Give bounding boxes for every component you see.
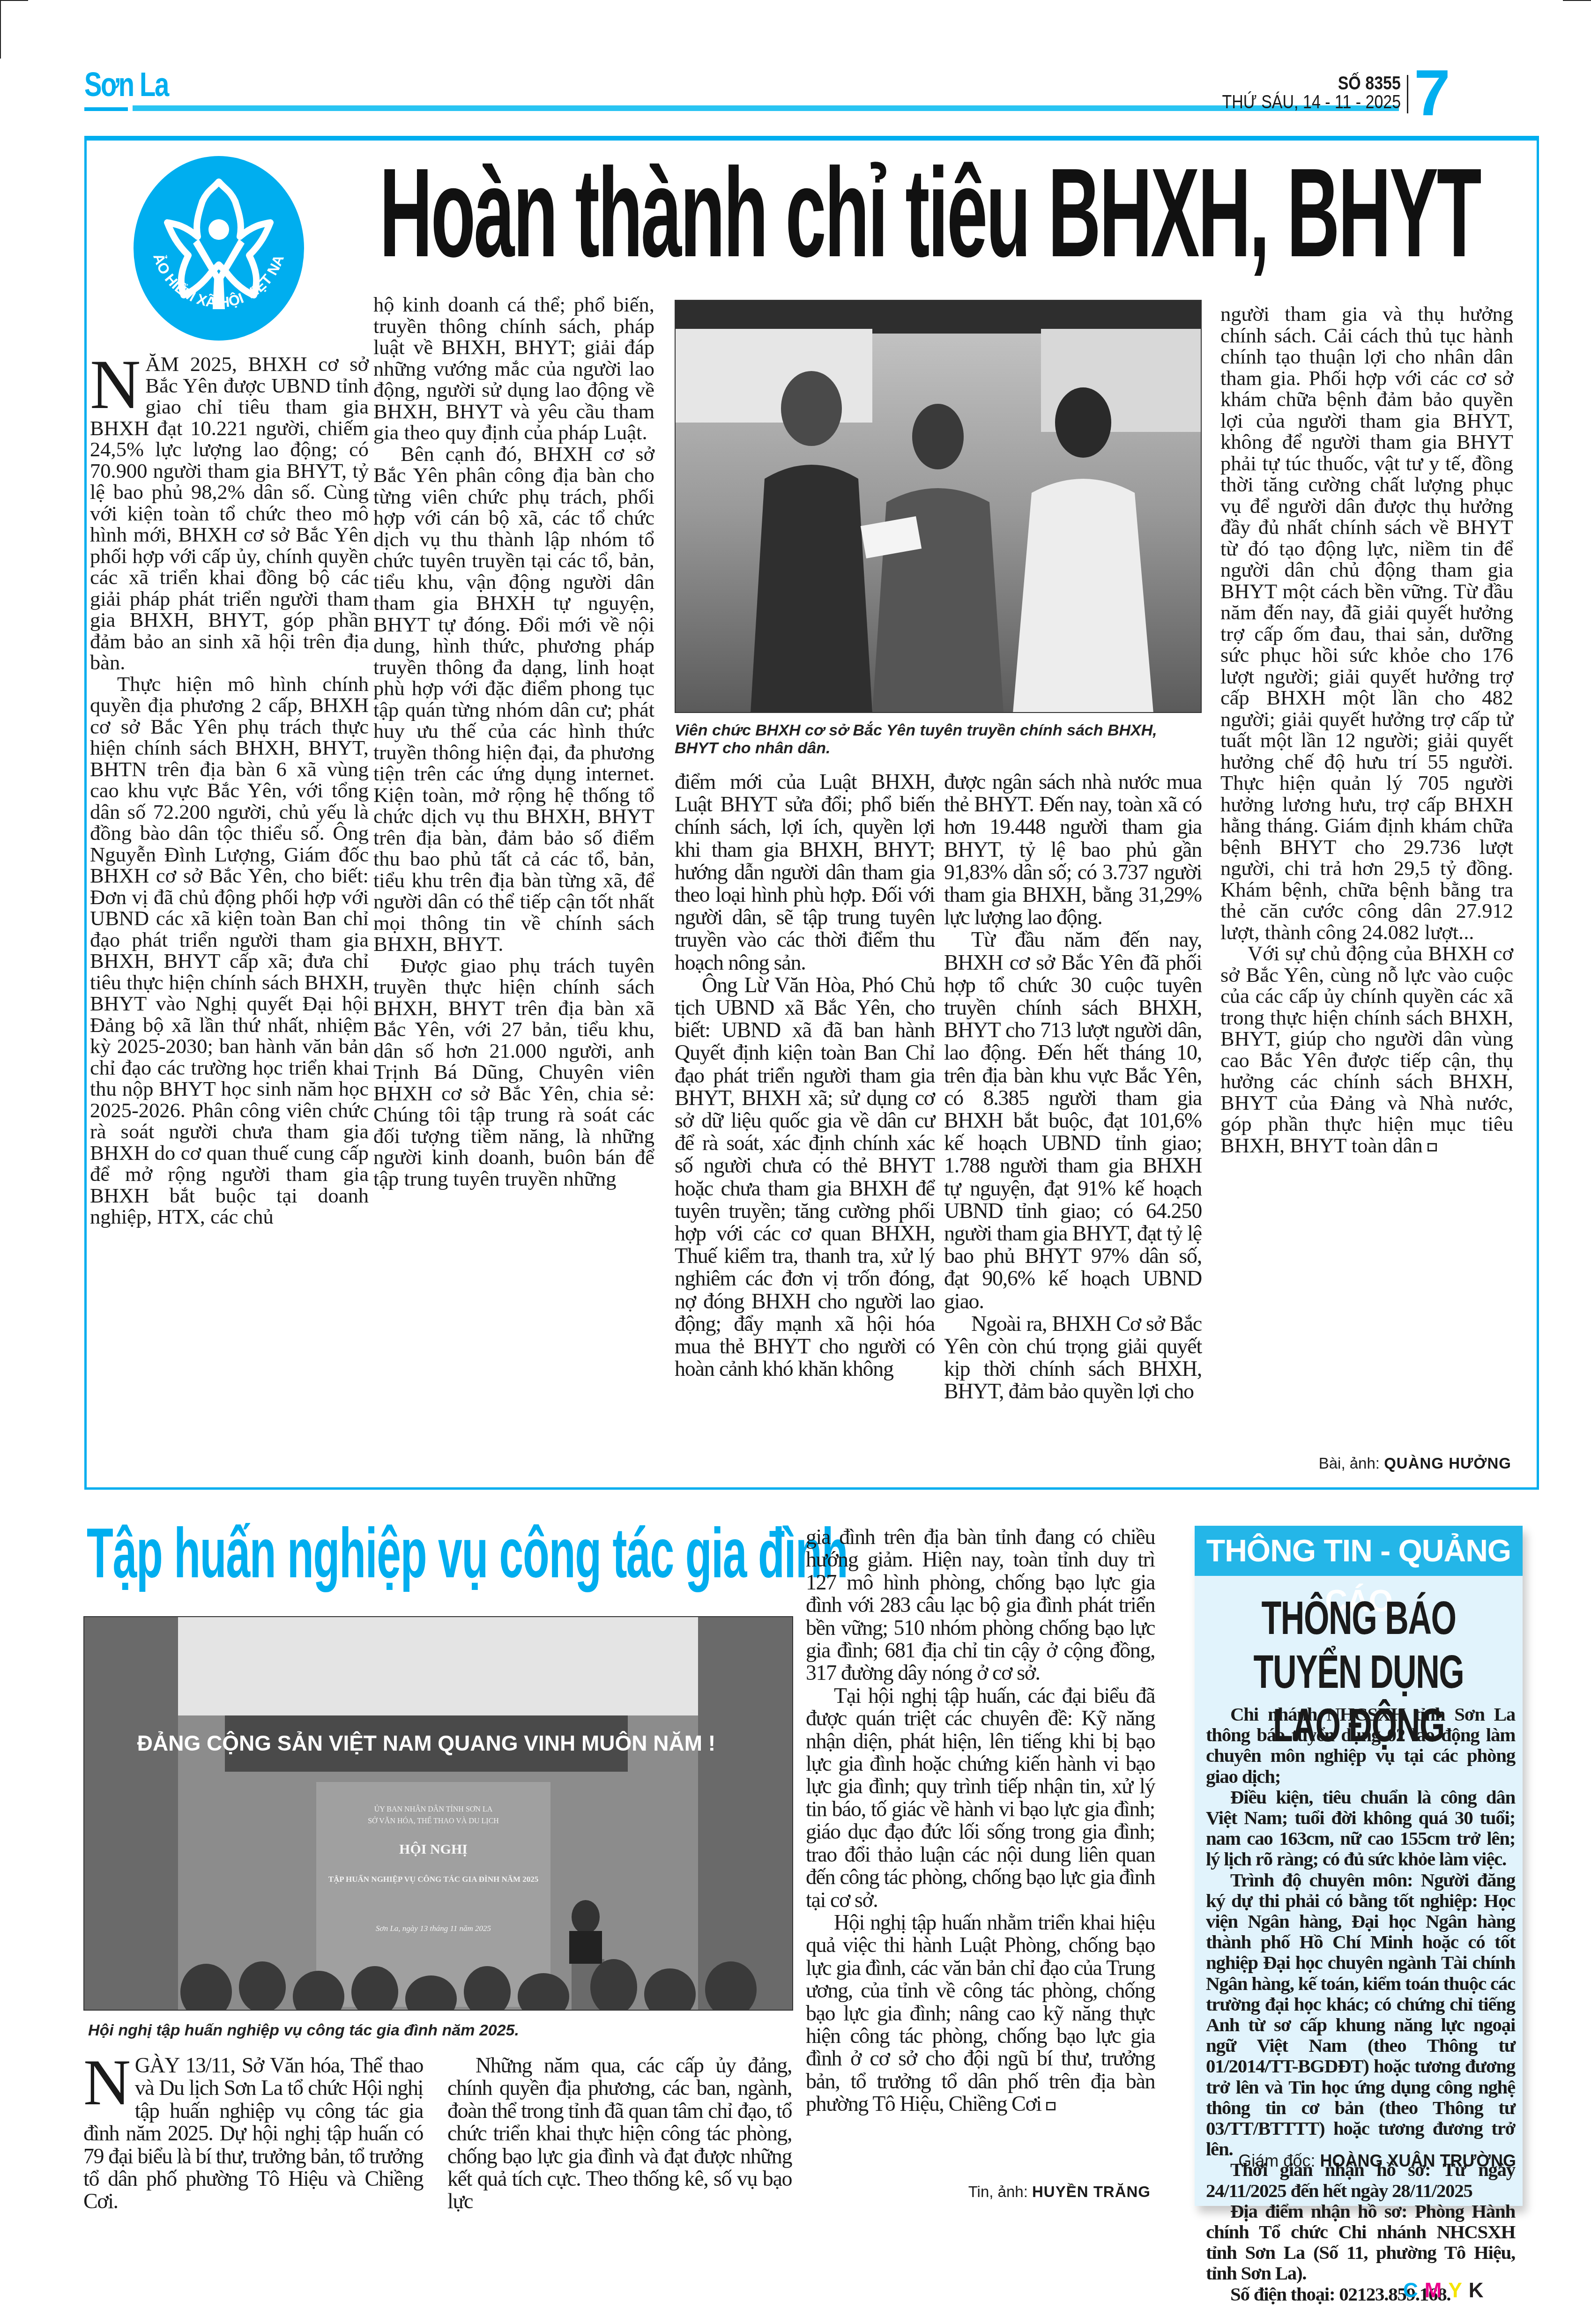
paragraph: Tại hội nghị tập huấn, các đại biểu đã đ… — [806, 1685, 1155, 1911]
paragraph: Thực hiện mô hình chính quyền địa phương… — [90, 674, 369, 1228]
screen-text: ỦY BAN NHÂN DÂN TỈNH SƠN LA — [374, 1804, 493, 1813]
screen-text: SỞ VĂN HÓA, THỂ THAO VÀ DU LỊCH — [368, 1816, 499, 1825]
crop-mark — [1563, 0, 1591, 1]
signature-label: Giám đốc: — [1238, 2151, 1315, 2170]
byline: Tin, ảnh: HUYỀN TRĂNG — [968, 2183, 1151, 2201]
masthead-rule — [133, 105, 1399, 111]
paragraph: GÀY 13/11, Sở Văn hóa, Thể thao và Du lị… — [83, 2053, 423, 2213]
article-column: gia đình trên địa bàn tỉnh đang có chiều… — [806, 1526, 1155, 2116]
article-column: Những năm qua, các cấp ủy đảng, chính qu… — [447, 2054, 792, 2213]
advert-paragraph: Địa điểm nhận hồ sơ: Phòng Hành chính Tổ… — [1206, 2201, 1515, 2284]
crop-mark — [0, 0, 28, 1]
article-column: người tham gia và thụ hưởng chính sách. … — [1220, 304, 1513, 1156]
article-title: Hoàn thành chỉ tiêu BHXH, BHYT — [379, 150, 1480, 276]
masthead-rule — [84, 107, 128, 111]
paragraph: Ngoài ra, BHXH Cơ sở Bắc Yên còn chú trọ… — [944, 1313, 1202, 1403]
paragraph: được ngân sách nhà nước mua thẻ BHYT. Đế… — [944, 771, 1202, 928]
article-column: điểm mới của Luật BHXH, Luật BHYT sửa đổ… — [675, 771, 935, 1380]
paragraph: người tham gia và thụ hưởng chính sách. … — [1220, 304, 1513, 943]
section-name: Sơn La — [84, 66, 168, 104]
advert-paragraph: Chi nhánh NHCSXH tỉnh Sơn La thông báo t… — [1206, 1704, 1515, 1787]
cmyk-k: K — [1469, 2279, 1490, 2302]
paragraph: Được giao phụ trách tuyên truyền thực hi… — [373, 955, 654, 1190]
screen-text: TẬP HUẤN NGHIỆP VỤ CÔNG TÁC GIA ĐÌNH NĂM… — [328, 1875, 539, 1884]
photo-caption: Hội nghị tập huấn nghiệp vụ công tác gia… — [88, 2021, 791, 2039]
photo-caption: Viên chức BHXH cơ sở Bắc Yên tuyên truyề… — [675, 721, 1199, 757]
cmyk-c: C — [1403, 2279, 1425, 2302]
screen-text: HỘI NGHỊ — [399, 1841, 468, 1857]
paragraph: Hội nghị tập huấn nhằm triển khai hiệu q… — [806, 1910, 1155, 2116]
crop-mark — [0, 0, 1, 59]
cmyk-marks: CMYK — [1403, 2279, 1490, 2302]
article-column: NGÀY 13/11, Sở Văn hóa, Thể thao và Du l… — [83, 2054, 423, 2213]
article-column: hộ kinh doanh cá thể; phổ biến, truyền t… — [373, 294, 654, 1189]
signature-name: HOÀNG XUÂN TRƯỜNG — [1320, 2151, 1516, 2170]
byline: Bài, ảnh: QUÀNG HƯỞNG — [1319, 1455, 1511, 1472]
end-mark-icon — [1427, 1143, 1437, 1151]
advert-paragraph: Điều kiện, tiêu chuẩn là công dân Việt N… — [1206, 1787, 1515, 1870]
article-column: NĂM 2025, BHXH cơ sở Bắc Yên được UBND t… — [90, 354, 369, 1228]
cmyk-m: M — [1425, 2279, 1449, 2302]
page-number: 7 — [1414, 60, 1450, 126]
advert-box: THÔNG TIN - QUẢNG CÁO THÔNG BÁO TUYỂN DỤ… — [1195, 1526, 1523, 2206]
paragraph: Với sự chủ động của BHXH cơ sở Bắc Yên, … — [1220, 942, 1513, 1157]
paragraph: Bên cạnh đó, BHXH cơ sở Bắc Yên phân côn… — [373, 444, 654, 955]
advert-header: THÔNG TIN - QUẢNG CÁO — [1195, 1526, 1523, 1576]
vss-logo-icon: BẢO HIỂM XÃ HỘI VIỆT NAM — [132, 155, 305, 342]
issue-number: SỐ 8355 — [1338, 73, 1401, 94]
paragraph: Những năm qua, các cấp ủy đảng, chính qu… — [447, 2054, 792, 2213]
advert-body: Chi nhánh NHCSXH tỉnh Sơn La thông báo t… — [1206, 1704, 1515, 2304]
paragraph: gia đình trên địa bàn tỉnh đang có chiều… — [806, 1526, 1155, 1685]
article-title: Tập huấn nghiệp vụ công tác gia đình — [87, 1518, 848, 1588]
article-photo — [675, 300, 1202, 713]
paragraph: Từ đầu năm đến nay, BHXH cơ sở Bắc Yên đ… — [944, 928, 1202, 1312]
photo-banner-text: ĐẢNG CỘNG SẢN VIỆT NAM QUANG VINH MUÔN N… — [137, 1731, 715, 1755]
drop-cap: N — [90, 356, 141, 413]
paragraph: hộ kinh doanh cá thể; phổ biến, truyền t… — [373, 294, 654, 444]
divider — [1407, 75, 1408, 113]
drop-cap: N — [83, 2057, 130, 2109]
issue-date: THỨ SÁU, 14 - 11 - 2025 — [1222, 92, 1401, 113]
byline-author: HUYỀN TRĂNG — [1032, 2183, 1151, 2200]
advert-title: THÔNG BÁO — [1244, 1591, 1473, 1645]
article-photo: ĐẢNG CỘNG SẢN VIỆT NAM QUANG VINH MUÔN N… — [83, 1616, 793, 2011]
advert-signature: Giám đốc: HOÀNG XUÂN TRƯỜNG — [1238, 2151, 1516, 2171]
byline-label: Bài, ảnh: — [1319, 1455, 1380, 1472]
advert-paragraph: Trình độ chuyên môn: Người đăng ký dự th… — [1206, 1870, 1515, 2160]
byline-label: Tin, ảnh: — [968, 2183, 1028, 2200]
article-column: được ngân sách nhà nước mua thẻ BHYT. Đế… — [944, 771, 1202, 1403]
cmyk-y: Y — [1448, 2279, 1468, 2302]
paragraph: điểm mới của Luật BHXH, Luật BHYT sửa đổ… — [675, 771, 935, 974]
screen-text: Sơn La, ngày 13 tháng 11 năm 2025 — [376, 1924, 491, 1933]
end-mark-icon — [1046, 2102, 1056, 2110]
paragraph: Ông Lừ Văn Hòa, Phó Chủ tịch UBND xã Bắc… — [675, 974, 935, 1381]
byline-author: QUÀNG HƯỞNG — [1384, 1455, 1511, 1472]
